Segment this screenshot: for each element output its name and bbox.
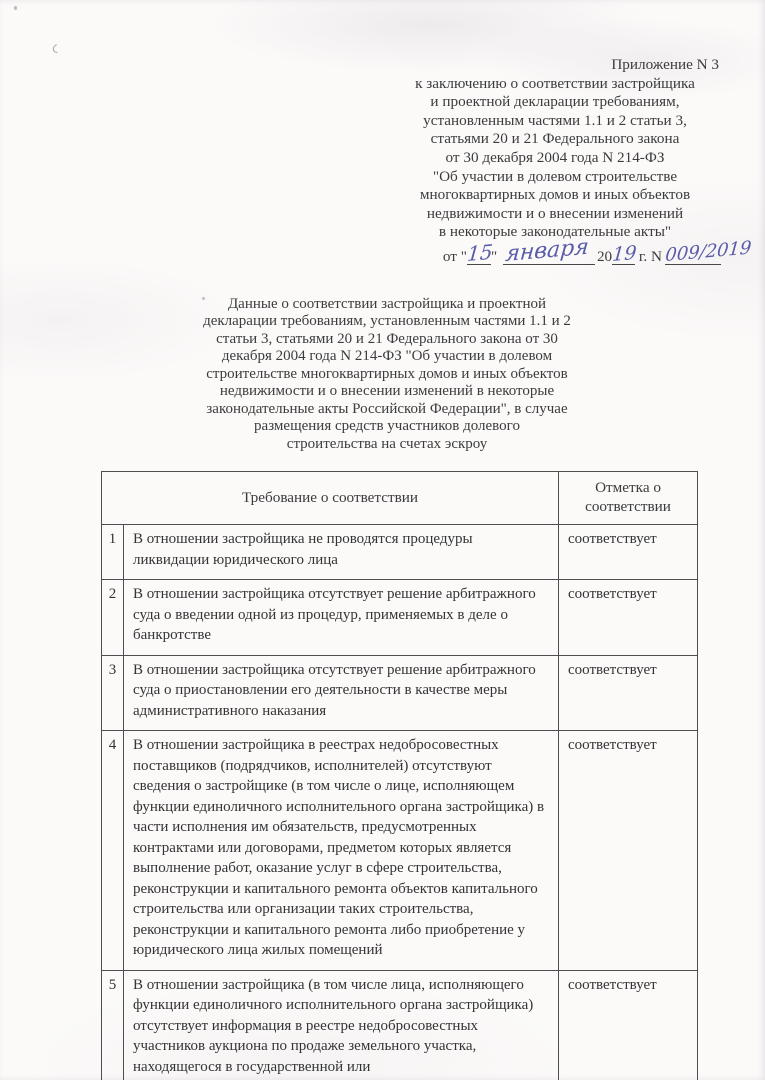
requirement-text: В отношении застройщика (в том числе лиц… xyxy=(124,970,559,1080)
handwritten-month: января xyxy=(505,241,590,262)
date-prefix-label: от " xyxy=(443,248,467,265)
scan-artifact-dot xyxy=(14,6,17,10)
handwritten-day: 15 xyxy=(467,245,494,261)
requirement-text: В отношении застройщика не проводятся пр… xyxy=(124,525,559,580)
row-number: 4 xyxy=(102,731,124,971)
compliance-mark: соответствует xyxy=(559,655,698,731)
date-year-suffix: г. N xyxy=(635,248,662,265)
compliance-mark: соответствует xyxy=(559,580,698,656)
title-line: строительстве многоквартирных домов и ин… xyxy=(152,366,622,384)
table-row: 1 В отношении застройщика не проводятся … xyxy=(102,525,698,580)
appendix-header-block: Приложение N 3 к заключению о соответств… xyxy=(387,0,723,269)
date-month-blank: января xyxy=(503,248,595,265)
row-number: 3 xyxy=(102,655,124,731)
handwritten-year: 19 xyxy=(612,246,637,262)
requirement-text: В отношении застройщика отсутствует реше… xyxy=(124,655,559,731)
title-line: статьи 3, статьями 20 и 21 Федерального … xyxy=(152,331,622,349)
appendix-line: статьями 20 и 21 Федерального закона xyxy=(387,130,723,149)
appendix-line: к заключению о соответствии застройщика xyxy=(387,75,723,94)
compliance-mark: соответствует xyxy=(559,970,698,1080)
appendix-line: и проектной декларации требованиям, xyxy=(387,93,723,112)
table-row: 2 В отношении застройщика отсутствует ре… xyxy=(102,580,698,656)
scanned-document-page: Приложение N 3 к заключению о соответств… xyxy=(0,0,765,1080)
column-header-requirement: Требование о соответствии xyxy=(102,472,559,525)
appendix-line: "Об участии в долевом строительстве xyxy=(387,168,723,187)
appendix-line: многоквартирных домов и иных объектов xyxy=(387,186,723,205)
compliance-table: Требование о соответствии Отметка о соот… xyxy=(101,471,698,1080)
appendix-line: установленным частями 1.1 и 2 статьи 3, xyxy=(387,112,723,131)
date-year-prefix: 20 xyxy=(597,248,612,265)
column-header-mark: Отметка о соответствии xyxy=(559,472,698,525)
row-number: 2 xyxy=(102,580,124,656)
row-number: 5 xyxy=(102,970,124,1080)
requirement-text: В отношении застройщика отсутствует реше… xyxy=(124,580,559,656)
document-number-blank: 009/2019 xyxy=(665,249,721,265)
document-title: Данные о соответствии застройщика и прое… xyxy=(152,296,622,454)
date-year-blank: 19 xyxy=(612,248,635,265)
title-line: недвижимости и о внесении изменений в не… xyxy=(152,383,622,401)
table-row: 3 В отношении застройщика отсутствует ре… xyxy=(102,655,698,731)
compliance-mark: соответствует xyxy=(559,731,698,971)
title-line: строительства на счетах эскроу xyxy=(152,436,622,454)
appendix-line: недвижимости и о внесении изменений xyxy=(387,205,723,224)
row-number: 1 xyxy=(102,525,124,580)
title-line: размещения средств участников долевого xyxy=(152,418,622,436)
handwritten-number: 009/2019 xyxy=(665,241,752,263)
title-line: Данные о соответствии застройщика и прое… xyxy=(152,296,622,314)
table-header-row: Требование о соответствии Отметка о соот… xyxy=(102,472,698,525)
requirement-text: В отношении застройщика в реестрах недоб… xyxy=(124,731,559,971)
table-row: 5 В отношении застройщика (в том числе л… xyxy=(102,970,698,1080)
table-row: 4 В отношении застройщика в реестрах нед… xyxy=(102,731,698,971)
document-date-line: от "15" января2019 г. N009/2019 xyxy=(387,245,723,269)
title-line: декабря 2004 года N 214-ФЗ "Об участии в… xyxy=(152,348,622,366)
scan-artifact-squiggle xyxy=(51,43,63,55)
appendix-line: от 30 декабря 2004 года N 214-ФЗ xyxy=(387,149,723,168)
compliance-mark: соответствует xyxy=(559,525,698,580)
title-line: декларации требованиям, установленным ча… xyxy=(152,313,622,331)
title-line: законодательные акты Российской Федераци… xyxy=(152,401,622,419)
appendix-number-line: Приложение N 3 xyxy=(387,56,723,75)
date-day-blank: 15 xyxy=(467,247,491,265)
